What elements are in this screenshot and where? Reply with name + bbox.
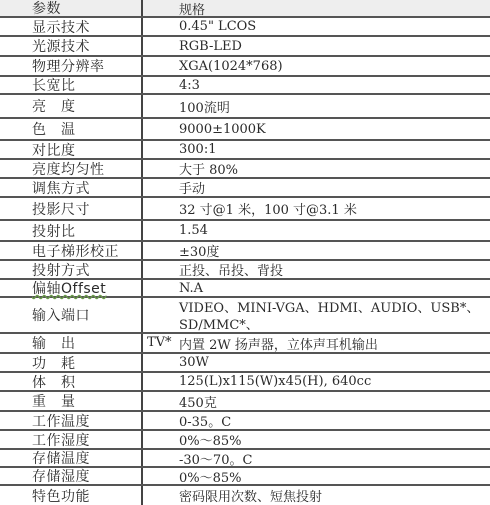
spec-cell: 450克 [143,392,490,410]
param-cell: 亮 度 [0,95,143,117]
spec-cell: 内置 2W 扬声器，立体声耳机输出 [143,334,490,352]
spec-line-1: VIDEO、MINI-VGA、HDMI、AUDIO、USB*、SD/MMC*、 [143,300,490,334]
param-cell: 投射方式 [0,261,143,278]
table-row: 对比度 300:1 [0,141,490,160]
param-cell: 调焦方式 [0,179,143,196]
spec-cell: VIDEO、MINI-VGA、HDMI、AUDIO、USB*、SD/MMC*、 … [143,298,490,332]
table-row: 体 积 125(L)x115(W)x45(H), 640cc [0,373,490,392]
table-row: 投影尺寸 32 寸@1 米，100 寸@3.1 米 [0,198,490,221]
table-row: 工作温度 0-35。C [0,412,490,431]
table-row: 亮 度 100流明 [0,95,490,119]
table-row: 长宽比 4:3 [0,77,490,95]
spec-cell: ±30度 [143,242,490,259]
spec-cell: 正投、吊投、背投 [143,261,490,278]
table-row: 物理分辨率 XGA(1024*768) [0,57,490,77]
param-cell: 显示技术 [0,18,143,35]
param-cell: 输 出 [0,334,143,352]
param-cell: 投影尺寸 [0,198,143,219]
spec-cell: XGA(1024*768) [143,57,490,75]
header-param: 参数 [0,0,143,16]
spec-cell: 0%～85% [143,468,490,484]
table-row: 输入端口 VIDEO、MINI-VGA、HDMI、AUDIO、USB*、SD/M… [0,298,490,334]
param-cell: 电子梯形校正 [0,242,143,259]
header-spec: 规格 [143,0,490,16]
spec-cell: 30W [143,354,490,371]
table-row: 特色功能 密码限用次数、短焦投射 [0,486,490,505]
spec-cell: 1.54 [143,221,490,240]
param-cell: 功 耗 [0,354,143,371]
param-cell: 光源技术 [0,37,143,55]
spec-cell: 125(L)x115(W)x45(H), 640cc [143,373,490,390]
spec-cell: -30～70。C [143,450,490,466]
table-row: 光源技术 RGB-LED [0,37,490,57]
spec-cell: N.A [143,280,490,296]
param-cell: 重 量 [0,392,143,410]
spec-cell: 手动 [143,179,490,196]
table-row: 输 出 内置 2W 扬声器，立体声耳机输出 [0,334,490,354]
table-header-row: 参数 规格 [0,0,490,18]
spec-cell: 大于 80% [143,160,490,177]
spec-cell: 0-35。C [143,412,490,429]
param-cell: 存储温度 [0,450,143,466]
table-row: 重 量 450克 [0,392,490,412]
spec-cell: 4:3 [143,77,490,93]
param-text: 偏轴Offset [32,278,106,298]
param-cell: 色 温 [0,119,143,139]
spec-cell: 32 寸@1 米，100 寸@3.1 米 [143,198,490,219]
param-cell: 物理分辨率 [0,57,143,75]
param-cell: 长宽比 [0,77,143,93]
param-cell: 工作温度 [0,412,143,429]
param-cell: 偏轴Offset [0,280,143,296]
spec-cell: 密码限用次数、短焦投射 [143,486,490,505]
spec-cell: 9000±1000K [143,119,490,139]
param-cell: 亮度均匀性 [0,160,143,177]
param-cell: 投射比 [0,221,143,240]
table-row: 电子梯形校正 ±30度 [0,242,490,261]
param-cell: 存储湿度 [0,468,143,484]
table-row: 功 耗 30W [0,354,490,373]
table-row: 调焦方式 手动 [0,179,490,198]
spec-cell: 300:1 [143,141,490,158]
param-cell: 特色功能 [0,486,143,505]
table-row: 显示技术 0.45" LCOS [0,18,490,37]
param-cell: 工作湿度 [0,431,143,448]
table-row: 亮度均匀性 大于 80% [0,160,490,179]
spec-cell: 100流明 [143,95,490,117]
spec-cell: 0%～85% [143,431,490,448]
spec-table: 参数 规格 显示技术 0.45" LCOS 光源技术 RGB-LED 物理分辨率… [0,0,490,505]
spec-cell: RGB-LED [143,37,490,55]
spec-cell: 0.45" LCOS [143,18,490,35]
table-row: 偏轴Offset N.A [0,280,490,298]
table-row: 色 温 9000±1000K [0,119,490,141]
param-cell: 体 积 [0,373,143,390]
table-row: 存储湿度 0%～85% [0,468,490,486]
param-cell: 输入端口 [0,298,143,332]
table-row: 投射比 1.54 [0,221,490,242]
param-cell: 对比度 [0,141,143,158]
